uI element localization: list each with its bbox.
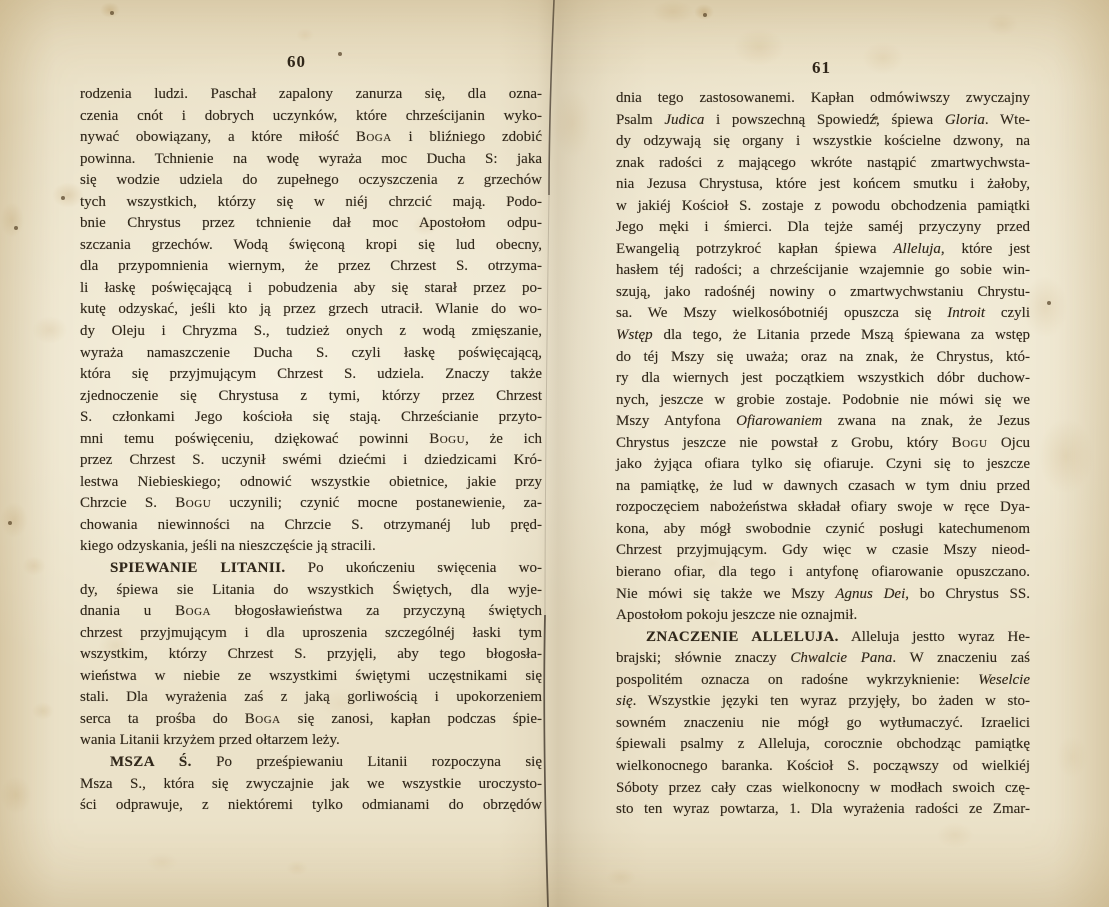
text-line: Chrzcie S. Bogu uczynili; czynić mocne p… — [80, 493, 542, 515]
text-line: bnie Chrystus przez tchnienie dał moc Ap… — [80, 213, 542, 235]
text-line: Psalm Judica i powszechną Spowiedź, śpie… — [616, 110, 1030, 132]
text-line: tych wszystkich, którzy się w niéj chrzc… — [80, 192, 542, 214]
text-line: SPIEWANIE LITANII. Po ukończeniu swięcen… — [80, 558, 542, 580]
text-line: dy odzywają się organy i wszystkie kości… — [616, 131, 1030, 153]
text-line: wyraża namaszczenie Ducha S. czyli łaskę… — [80, 343, 542, 365]
ink-speck — [110, 11, 114, 15]
foxing-stain — [0, 202, 24, 238]
ink-speck — [61, 196, 65, 200]
text-line: powinna. Tchnienie na wodę wyraża moc Du… — [80, 149, 542, 171]
text-line: kona, aby mógł swobodnie czynić posługi … — [616, 519, 1030, 541]
section-heading: MSZA Ś. — [110, 754, 192, 770]
foxing-stain — [936, 822, 974, 848]
text-line: dy, śpiewa sie Litania do wszystkich Świ… — [80, 580, 542, 602]
text-line: Mszy Antyfona Ofiarowaniem zwana na znak… — [616, 411, 1030, 433]
foxing-stain — [286, 860, 308, 876]
text-line: ry dla wiernych jest początkiem wszystki… — [616, 368, 1030, 390]
text-line: wszystkim, którzy Chrzest S. przyjęli, a… — [80, 644, 542, 666]
italic-term: Introit — [947, 305, 985, 321]
text-line: która się przyjmującym Chrzest S. udziel… — [80, 364, 542, 386]
text-line: wielkonocnego baranka. Kościoł S. począw… — [616, 756, 1030, 778]
ink-speck — [703, 13, 707, 17]
text-line: Jego męki i śmierci. Dla tejże saméj prz… — [616, 217, 1030, 239]
text-line: Apostołom pokoju jeszcze nie oznajmił. — [616, 605, 1030, 627]
text-line: na pamiątkę, że lud w dawnych czasach w … — [616, 476, 1030, 498]
ink-speck — [1047, 301, 1051, 305]
page-number-right: 61 — [812, 58, 831, 78]
text-line: w jakiéj Kościoł S. zostaje z powodu obc… — [616, 196, 1030, 218]
text-line: chowania niewinności na Chrzcie S. otrzy… — [80, 515, 542, 537]
foxing-stain — [32, 316, 68, 344]
small-caps-name: Boga — [175, 603, 211, 619]
text-line: dnia tego zastosowanemi. Kapłan odmówiws… — [616, 88, 1030, 110]
text-line: sa. We Mszy wielkosóbotniéj opuszcza się… — [616, 303, 1030, 325]
text-line: sto ten wyraz powtarza, 1. Dla wyrażenia… — [616, 799, 1030, 821]
text-line: Nie mówi się także we Mszy Agnus Dei, bo… — [616, 584, 1030, 606]
text-line: serca ta prośba do Boga się zanosi, kapł… — [80, 709, 542, 731]
text-line: szują, jako radośnéj nowiny o zmartwychw… — [616, 282, 1030, 304]
right-page-text: dnia tego zastosowanemi. Kapłan odmówiws… — [616, 88, 1030, 821]
foxing-stain — [862, 42, 904, 74]
text-line: nywać obowiązany, a które miłość Boga i … — [80, 127, 542, 149]
text-line: hasłem téj radości; a chrześcijanie wzaj… — [616, 260, 1030, 282]
italic-term: Weselcie — [978, 672, 1030, 688]
italic-term: Chwalcie Pana — [790, 650, 892, 666]
text-line: pospolitém oznacza on radośne wykrzyknie… — [616, 670, 1030, 692]
text-line: kiego odzyskania, jeśli na nieszczęście … — [80, 536, 542, 558]
italic-term: się — [616, 693, 633, 709]
foxing-stain — [32, 702, 54, 720]
small-caps-name: Boga — [245, 711, 281, 727]
foxing-stain — [694, 4, 714, 20]
text-line: śpiewali psalmy z Alleluja, corocznie ob… — [616, 734, 1030, 756]
section-heading: ZNACZENIE ALLELUJA. — [646, 629, 839, 645]
foxing-stain — [1056, 736, 1088, 778]
ink-speck — [14, 226, 18, 230]
text-line: sowném znaczeniu nie mógł go wytłumaczyć… — [616, 713, 1030, 735]
text-line: S. członkami Jego kościoła się stają. Ch… — [80, 407, 542, 429]
text-line: stali. Dla wyrażenia zaś z jaką gorliwoś… — [80, 687, 542, 709]
page-number-left: 60 — [287, 52, 306, 72]
text-line: Sóboty przez cały czas wielkonocny w mod… — [616, 778, 1030, 800]
text-line: Chrzest przyjmującym. Gdy więc w czasie … — [616, 540, 1030, 562]
foxing-stain — [733, 28, 785, 66]
small-caps-name: Bogu — [952, 435, 988, 451]
text-line: przez Chrzest S. uczynił swémi dziećmi i… — [80, 450, 542, 472]
text-line: dla przypomnienia wiernym, że przez Chrz… — [80, 256, 542, 278]
text-line: Wstęp dla tego, że Litania przede Mszą ś… — [616, 325, 1030, 347]
italic-term: Wstęp — [616, 327, 653, 343]
small-caps-name: Bogu — [429, 431, 465, 447]
text-line: li łaskę poświęcającą i pobudzenia aby s… — [80, 278, 542, 300]
text-line: MSZA Ś. Po prześpiewaniu Litanii rozpocz… — [80, 752, 542, 774]
foxing-stain — [986, 12, 1018, 36]
text-line: zjednoczenie się Chrystusa z tymi, którz… — [80, 386, 542, 408]
text-line: chrzest przyjmującym i dla uproszenia sz… — [80, 623, 542, 645]
ink-speck — [338, 52, 342, 56]
text-line: bierano ofiar, dla tego i antyfonę ofiar… — [616, 562, 1030, 584]
text-line: się wodzie udziela do zupełnego oczyszcz… — [80, 170, 542, 192]
foxing-stain — [22, 556, 46, 576]
foxing-stain — [652, 0, 694, 24]
text-line: znak radości z mającego wkróte nastąpić … — [616, 153, 1030, 175]
foxing-stain — [146, 852, 178, 872]
foxing-stain — [100, 2, 120, 18]
italic-term: Judica — [664, 112, 704, 128]
text-line: brajski; słównie znaczy Chwalcie Pana. W… — [616, 648, 1030, 670]
text-line: wieństwa w niebie ze wszystkimi świętymi… — [80, 666, 542, 688]
foxing-stain — [0, 776, 32, 814]
italic-term: Gloria — [945, 112, 985, 128]
text-line: szczania grzechów. Wodą święconą kropi s… — [80, 235, 542, 257]
italic-term: Agnus Dei — [835, 586, 905, 602]
small-caps-name: Bogu — [175, 495, 211, 511]
book-scan: 60 rodzenia ludzi. Paschał zapalony zanu… — [0, 0, 1109, 907]
left-page-text: rodzenia ludzi. Paschał zapalony zanurza… — [80, 84, 542, 817]
small-caps-name: Boga — [356, 129, 392, 145]
text-line: kutę odzyskać, jeśli kto ją przez grzech… — [80, 299, 542, 321]
foxing-stain — [1038, 418, 1094, 494]
text-line: mni temu poświęceniu, dziękować powinni … — [80, 429, 542, 451]
text-line: się. Wszystkie języki ten wyraz przyjęły… — [616, 691, 1030, 713]
italic-term: Alleluja — [893, 241, 941, 257]
foxing-stain — [296, 28, 314, 42]
text-line: lestwa Niebieskiego; odnowić wszystkie o… — [80, 472, 542, 494]
text-line: Msza S., która się zwyczajnie jak we wsz… — [80, 774, 542, 796]
text-line: rodzenia ludzi. Paschał zapalony zanurza… — [80, 84, 542, 106]
text-line: ZNACZENIE ALLELUJA. Alleluja jestto wyra… — [616, 627, 1030, 649]
section-heading: SPIEWANIE LITANII. — [110, 560, 285, 576]
text-line: dnania u Boga błogosławieństwa za przycz… — [80, 601, 542, 623]
text-line: ści odprawuje, z niektóremi tylko odmian… — [80, 795, 542, 817]
text-line: Chrystus jeszcze nie powstał z Grobu, kt… — [616, 433, 1030, 455]
text-line: do téj Mszy się uważa; oraz na znak, że … — [616, 347, 1030, 369]
text-line: jako żyjąca ofiara tylko się ofiaruje. C… — [616, 454, 1030, 476]
text-line: rozpoczęciem nabożeństwa składał ofiary … — [616, 497, 1030, 519]
text-line: nych, jeszcze w grobie zostaje. Podobnie… — [616, 390, 1030, 412]
text-line: wania Litanii krzyżem przed ołtarzem leż… — [80, 730, 542, 752]
foxing-stain — [0, 502, 28, 538]
text-line: Ewangelią potrzykroć kapłan śpiewa Allel… — [616, 239, 1030, 261]
text-line: dy Oleju i Chryzma S., tudzież onych z w… — [80, 321, 542, 343]
text-line: czenia cnót i dobrych uczynków, które ch… — [80, 106, 542, 128]
italic-term: Ofiarowaniem — [736, 413, 822, 429]
ink-speck — [8, 521, 12, 525]
text-line: nia Jezusa Chrystusa, które jest końcem … — [616, 174, 1030, 196]
